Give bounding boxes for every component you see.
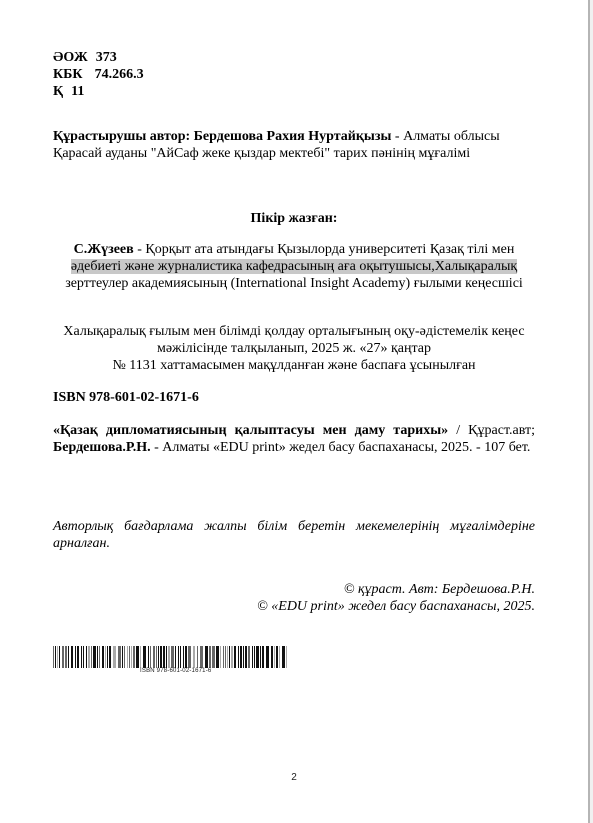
lbc-label: КБК [53, 67, 83, 82]
author-mark-label: Қ [53, 84, 63, 99]
reviewer-name: С.Жүзеев [74, 242, 134, 257]
copyright: © құраст. Авт: Бердешова.Р.Н. © «EDU pri… [53, 581, 535, 615]
citation-line1: «Қазақ дипломатиясының қалыптасуы мен да… [53, 422, 535, 439]
author-position: Қарасай ауданы "АйСаф жеке қыздар мектеб… [53, 146, 470, 161]
udc-value: 373 [96, 50, 117, 65]
approval-note: Халықаралық ғылым мен білімді қолдау орт… [53, 323, 535, 374]
page-number: 2 [0, 772, 588, 783]
reviewer-heading: Пікір жазған: [53, 210, 535, 227]
udc-label: ӘОЖ [53, 50, 88, 65]
lbc-code: КБК74.266.3 [53, 66, 535, 83]
author-mark: Қ11 [53, 83, 535, 100]
reviewer-info: С.Жүзеев - Қорқыт ата атындағы Қызылорда… [53, 241, 535, 292]
reviewer-line2-selected[interactable]: әдебиеті және журналистика кафедрасының … [71, 259, 517, 274]
barcode-icon [53, 646, 288, 668]
approval-line2: мәжілісінде талқыланып, 2025 ж. «27» қаң… [157, 341, 431, 356]
author-info: Құрастырушы автор: Бердешова Рахия Нурта… [53, 128, 535, 162]
intended-line1: Авторлық бағдарлама жалпы білім беретін … [53, 518, 535, 535]
author-location: - Алматы облысы [391, 129, 499, 144]
intended-line2: арналған. [53, 536, 110, 551]
copyright-publisher: © «EDU print» жедел басу баспаханасы, 20… [257, 599, 535, 614]
citation-publisher: - Алматы «EDU print» жедел басу баспахан… [151, 440, 531, 455]
isbn: ISBN 978-601-02-1671-6 [53, 389, 535, 406]
reviewer-line1: - Қорқыт ата атындағы Қызылорда универси… [134, 242, 515, 257]
book-title: «Қазақ дипломатиясының қалыптасуы мен да… [53, 423, 448, 438]
bibliographic-citation: «Қазақ дипломатиясының қалыптасуы мен да… [53, 422, 535, 456]
intended-audience: Авторлық бағдарлама жалпы білім беретін … [53, 518, 535, 552]
reviewer-line3: зерттеулер академиясының (International … [65, 276, 523, 291]
copyright-author: © құраст. Авт: Бердешова.Р.Н. [344, 582, 535, 597]
citation-author: Бердешова.Р.Н. [53, 440, 151, 455]
author-mark-value: 11 [71, 84, 84, 99]
udc-code: ӘОЖ373 [53, 49, 535, 66]
approval-line3: № 1131 хаттамасымен мақұлданған және бас… [112, 358, 475, 373]
barcode-caption: ISBN 978-601-02-1671-6 [140, 668, 211, 674]
classification-codes: ӘОЖ373 КБК74.266.3 Қ11 [53, 49, 535, 100]
citation-compiler: / Құраст.авт; [448, 423, 535, 438]
author-label: Құрастырушы автор: Бердешова Рахия Нурта… [53, 129, 391, 144]
lbc-value: 74.266.3 [95, 67, 144, 82]
approval-line1: Халықаралық ғылым мен білімді қолдау орт… [63, 324, 524, 339]
